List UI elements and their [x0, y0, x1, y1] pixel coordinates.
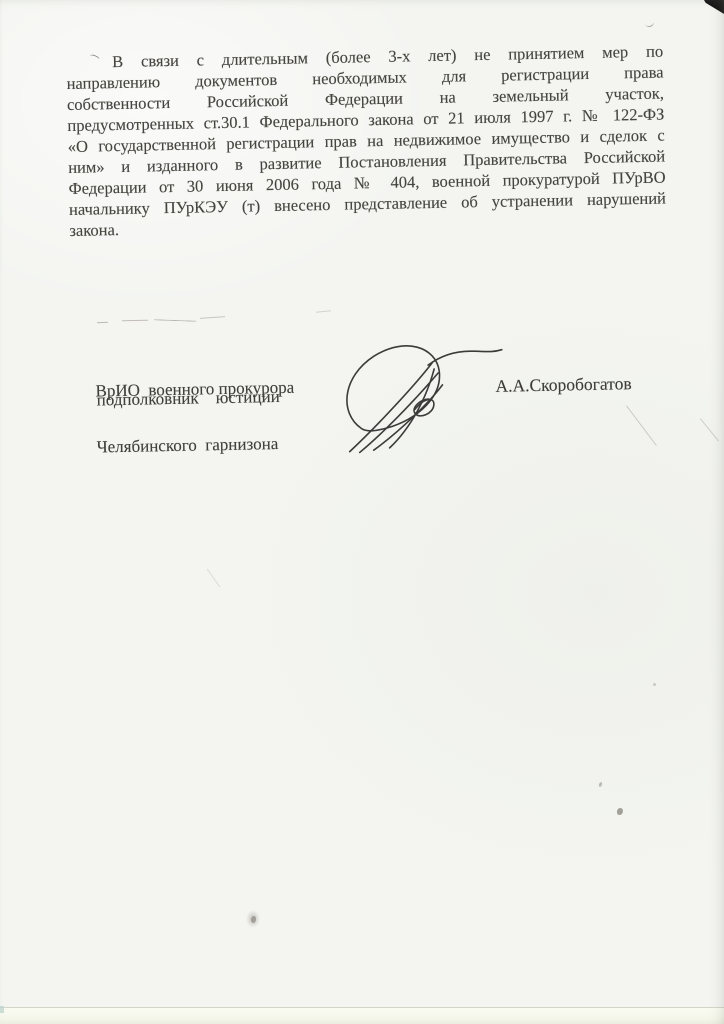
signatory-rank: подполковник юстиции	[97, 387, 280, 411]
body-paragraph: В связи с длительным (более 3-х лет) не …	[66, 41, 667, 241]
signatory-name: А.А.Скоробогатов	[495, 373, 632, 397]
document-content: В связи с длительным (более 3-х лет) не …	[0, 0, 724, 1024]
bottom-left-edge-mark	[0, 1006, 4, 1013]
handwritten-signature	[330, 333, 514, 456]
scanned-document-page: В связи с длительным (более 3-х лет) не …	[0, 0, 724, 1024]
signatory-title: ВрИО военного прокурора Челябинского гар…	[95, 342, 297, 494]
signatory-title-line-2: Челябинского гарнизона	[96, 434, 295, 456]
